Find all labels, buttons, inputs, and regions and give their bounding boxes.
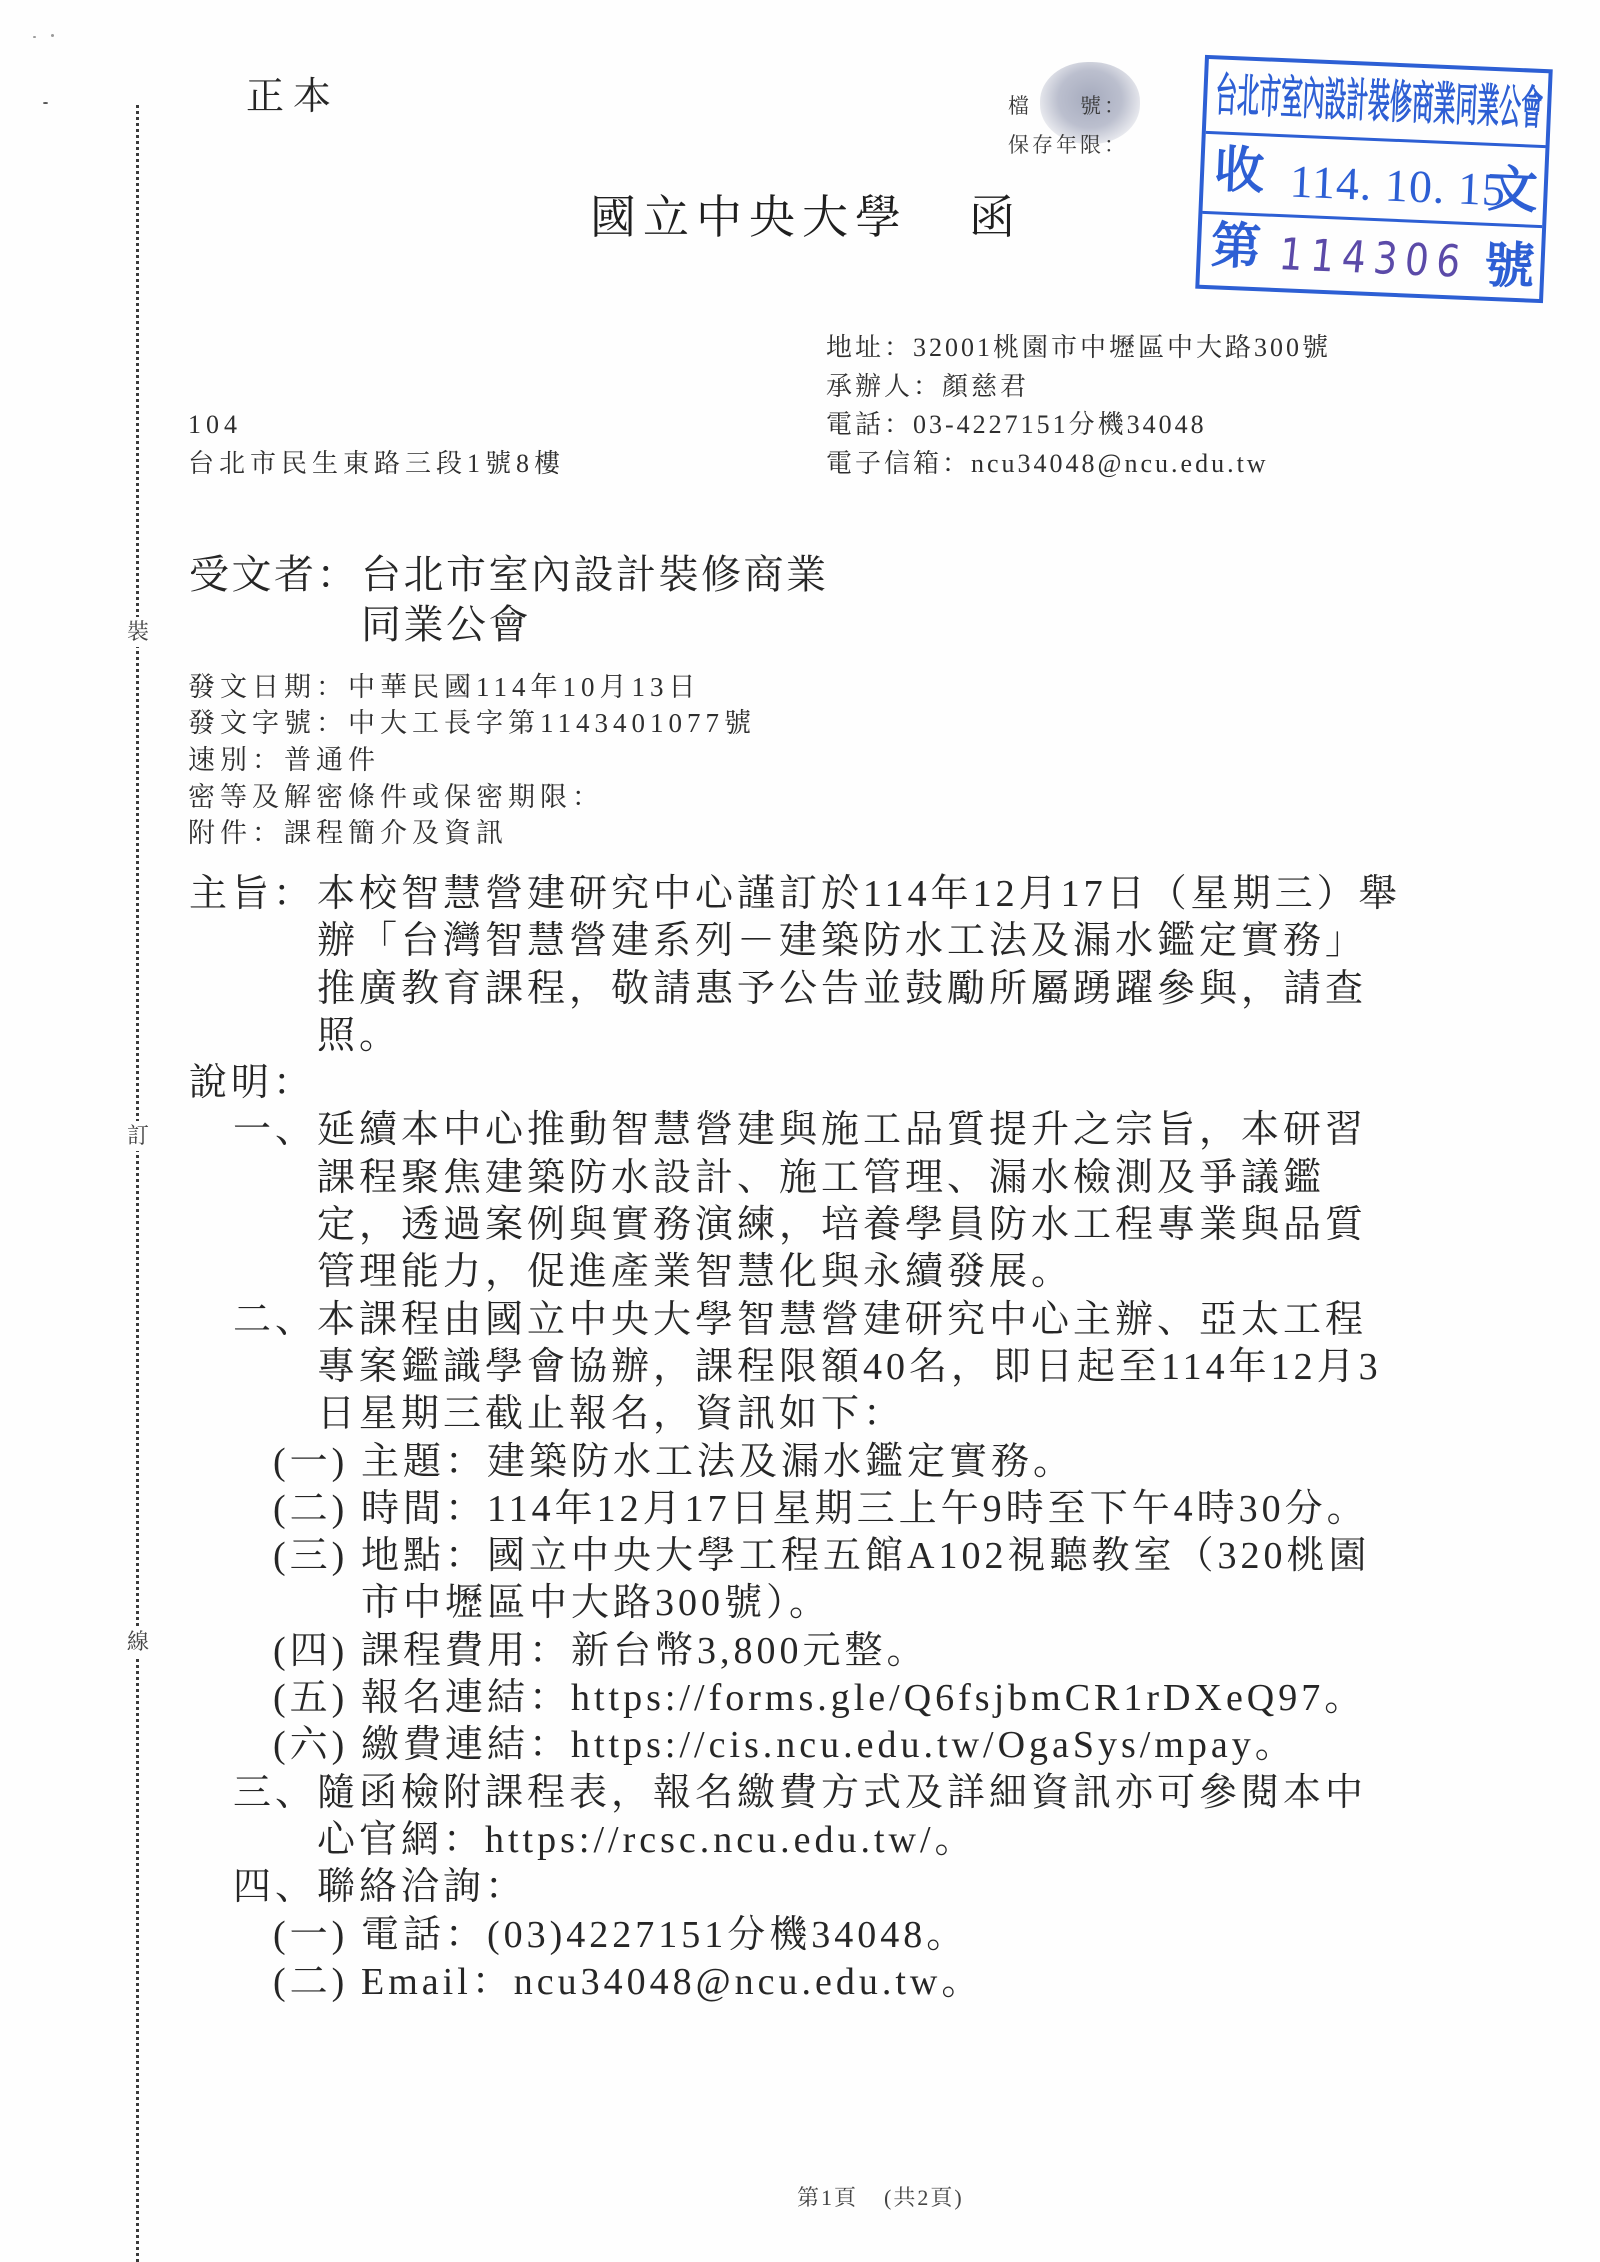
sub-item-marker: (二) [273,1486,348,1533]
issue-reference-number: 發文字號：中大工長字第1143401077號 [188,706,756,740]
issuer-title: 國立中央大學 [590,193,908,243]
sub-item-location: (三) 地點：國立中央大學工程五館A102視聽教室（320桃園 [0,1533,1600,1580]
sender-address: 地址：32001桃園市中壢區中大路300號 [826,330,1331,366]
page-total: (共2頁) [884,2184,964,2212]
scan-speck [51,34,54,37]
subject-text: 推廣教育課程，敬請惠予公告並鼓勵所屬踴躍參與，請查 [317,966,1367,1013]
sub-item-text: 課程費用：新台幣3,800元整。 [361,1628,929,1675]
recipient-postal-code: 104 [188,407,242,443]
subject-line: 推廣教育課程，敬請惠予公告並鼓勵所屬踴躍參與，請查 [0,966,1600,1013]
document-type: 函 [969,193,1015,243]
sub-item-payment-link: (六) 繳費連結：https://cis.ncu.edu.tw/OgaSys/m… [0,1722,1600,1769]
sub-item-text: 市中壢區中大路300號）。 [361,1580,831,1627]
retention-period-label: 保存年限： [1008,133,1128,157]
sub-item-marker: (五) [273,1675,348,1722]
item-text: 聯絡洽詢： [317,1864,527,1911]
item-text: 管理能力，促進產業智慧化與永續發展。 [317,1249,1073,1296]
item-text: 專案鑑識學會協辦，課程限額40名，即日起至114年12月3 [317,1344,1382,1391]
stamp-received-date: 114. 10. 15 [1289,156,1507,215]
letter-body: 主旨： 本校智慧營建研究中心謹訂於114年12月17日（星期三）舉 辦「台灣智慧… [0,871,1600,2006]
sub-item-registration-link: (五) 報名連結：https://forms.gle/Q6fsjbmCR1rDX… [0,1675,1600,1722]
item-text: 隨函檢附課程表，報名繳費方式及詳細資訊亦可參閱本中 [317,1770,1367,1817]
payment-link-text: 繳費連結：https://cis.ncu.edu.tw/OgaSys/mpay。 [361,1722,1297,1769]
recipient-name-line-2: 同業公會 [361,601,531,649]
explanation-heading: 說明： [0,1060,1600,1107]
item-text: 本課程由國立中央大學智慧營建研究中心主辦、亞太工程 [317,1297,1367,1344]
sub-item-contact-email: (二) Email：ncu34048@ncu.edu.tw。 [0,1959,1600,2006]
item-text: 定，透過案例與實務演練，培養學員防水工程專業與品質 [317,1202,1367,1249]
item-text: 課程聚焦建築防水設計、施工管理、漏水檢測及爭議鑑 [317,1155,1325,1202]
confidentiality-level: 密等及解密條件或保密期限： [188,780,604,814]
item-text: 延續本中心推動智慧營建與施工品質提升之宗旨，本研習 [317,1107,1367,1154]
sub-item-topic: (一) 主題：建築防水工法及漏水鑑定實務。 [0,1439,1600,1486]
item-continuation: 日星期三截止報名，資訊如下： [0,1391,1600,1438]
copy-label: 正本 [246,76,340,118]
scan-speck [43,102,48,104]
sub-item-marker: (六) [273,1722,348,1769]
sub-item-time: (二) 時間：114年12月17日星期三上午9時至下午4時30分。 [0,1486,1600,1533]
sub-item-text: Email：ncu34048@ncu.edu.tw。 [361,1959,983,2006]
item-marker: 四、 [233,1864,317,1911]
stamp-di-char: 第 [1210,219,1262,273]
sender-phone: 電話：03-4227151分機34048 [826,407,1207,443]
delivery-speed: 速別：普通件 [188,743,380,777]
stamp-hao-char: 號 [1483,239,1535,293]
explanation-item-1: 一、 延續本中心推動智慧營建與施工品質提升之宗旨，本研習 [0,1107,1600,1154]
subject-label: 主旨： [189,871,315,918]
sub-item-marker: (三) [273,1533,348,1580]
sub-item-marker: (四) [273,1628,348,1675]
attachments: 附件：課程簡介及資訊 [188,816,508,850]
official-letter-page: 裝 訂 線 正本 檔 號： 保存年限： 台北市室內設計裝修商業同業公會 收 11… [0,0,1600,2262]
item-continuation: 管理能力，促進產業智慧化與永續發展。 [0,1249,1600,1296]
subject-text: 照。 [317,1013,401,1060]
stamp-receive-char: 收 [1213,143,1265,197]
file-number-label: 檔 號： [1008,94,1128,118]
binding-char-zhuang: 裝 [124,617,152,647]
item-continuation: 定，透過案例與實務演練，培養學員防水工程專業與品質 [0,1202,1600,1249]
sender-contact-person: 承辦人：顏慈君 [826,369,1029,405]
sub-item-marker: (二) [273,1959,348,2006]
stamp-wen-char: 文 [1487,163,1539,217]
item-continuation: 心官網：https://rcsc.ncu.edu.tw/。 [0,1817,1600,1864]
subject-text: 辦「台灣智慧營建系列－建築防水工法及漏水鑑定實務」 [317,918,1367,965]
subject-line: 辦「台灣智慧營建系列－建築防水工法及漏水鑑定實務」 [0,918,1600,965]
sub-item-text: 電話：(03)4227151分機34048。 [361,1912,968,1959]
explanation-item-2: 二、 本課程由國立中央大學智慧營建研究中心主辦、亞太工程 [0,1297,1600,1344]
sub-item-marker: (一) [273,1912,348,1959]
receipt-stamp: 台北市室內設計裝修商業同業公會 收 114. 10. 15 文 第 114306… [1195,55,1552,303]
sub-item-text: 地點：國立中央大學工程五館A102視聽教室（320桃園 [361,1533,1370,1580]
stamp-handwritten-number: 114306 [1277,230,1471,288]
issue-date: 發文日期：中華民國114年10月13日 [188,670,701,704]
subject-line: 主旨： 本校智慧營建研究中心謹訂於114年12月17日（星期三）舉 [0,871,1600,918]
page-number: 第1頁 [797,2184,858,2212]
item-continuation: 課程聚焦建築防水設計、施工管理、漏水檢測及爭議鑑 [0,1155,1600,1202]
sender-email: 電子信箱：ncu34048@ncu.edu.tw [826,446,1269,482]
item-marker: 二、 [233,1297,317,1344]
sub-item-fee: (四) 課程費用：新台幣3,800元整。 [0,1628,1600,1675]
item-marker: 三、 [233,1770,317,1817]
sub-item-continuation: 市中壢區中大路300號）。 [0,1580,1600,1627]
item-text: 日星期三截止報名，資訊如下： [317,1391,905,1438]
scan-speck [33,36,36,38]
registration-link-text: 報名連結：https://forms.gle/Q6fsjbmCR1rDXeQ97… [361,1675,1366,1722]
website-link-text: 心官網：https://rcsc.ncu.edu.tw/。 [317,1817,977,1864]
subject-line: 照。 [0,1013,1600,1060]
sub-item-text: 時間：114年12月17日星期三上午9時至下午4時30分。 [361,1486,1369,1533]
explanation-label: 說明： [189,1060,315,1107]
sub-item-contact-phone: (一) 電話：(03)4227151分機34048。 [0,1912,1600,1959]
explanation-item-4: 四、 聯絡洽詢： [0,1864,1600,1911]
recipient-name-line-1: 台北市室內設計裝修商業 [361,551,829,599]
subject-text: 本校智慧營建研究中心謹訂於114年12月17日（星期三）舉 [317,871,1401,918]
item-marker: 一、 [233,1107,317,1154]
item-continuation: 專案鑑識學會協辦，課程限額40名，即日起至114年12月3 [0,1344,1600,1391]
explanation-item-3: 三、 隨函檢附課程表，報名繳費方式及詳細資訊亦可參閱本中 [0,1770,1600,1817]
sub-item-marker: (一) [273,1439,348,1486]
stamp-organization: 台北市室內設計裝修商業同業公會 [1214,65,1544,139]
recipient-mailing-address: 台北市民生東路三段1號8樓 [188,446,565,482]
sub-item-text: 主題：建築防水工法及漏水鑑定實務。 [361,1439,1075,1486]
recipient-label: 受文者： [189,551,359,599]
